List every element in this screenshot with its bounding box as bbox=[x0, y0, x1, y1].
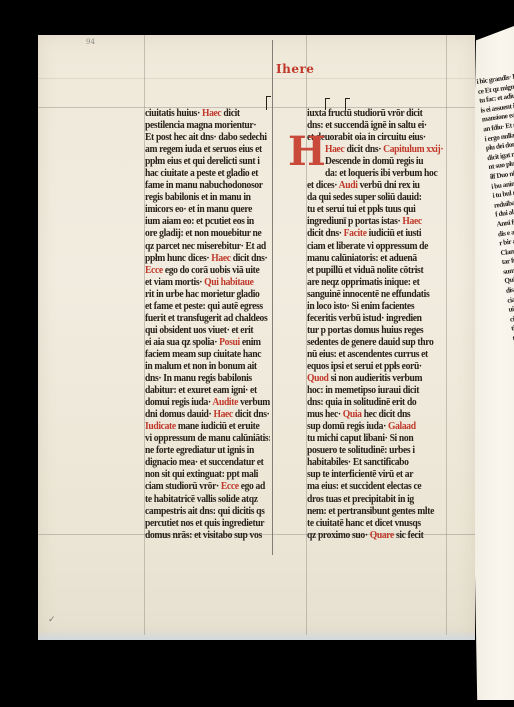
text-column-left: ciuitatis huius· Haec dicitpestilencia m… bbox=[145, 108, 270, 542]
running-head: Ihere bbox=[276, 62, 314, 76]
margin-check-mark: ✓ bbox=[48, 615, 56, 625]
text-line: dicit dns· Facite iudiciū et iusti bbox=[307, 228, 443, 241]
ruling-line-right-inner bbox=[446, 35, 447, 635]
text-line: qz parcet nec miserebitur· Et ad bbox=[145, 240, 270, 253]
text-line: te habitatricē vallis solide atqz bbox=[145, 493, 270, 506]
text-line: ore gladij: et non mouebitur ne bbox=[145, 228, 270, 241]
text-line: qz proximo suo· Quare sic fecit bbox=[307, 529, 443, 542]
text-line: domus nrās: et visitabo sup vos bbox=[145, 529, 270, 542]
text-line: ma eius: et succident electas ce bbox=[307, 481, 443, 494]
folio-mark: 94 bbox=[86, 38, 95, 46]
decorated-initial-h: H bbox=[288, 132, 326, 172]
text-column-right: iuxta fructū studiorū vrōr dicitdns: et … bbox=[307, 108, 443, 542]
ruling-line-left-inner bbox=[272, 40, 273, 555]
ruling-line-head bbox=[38, 78, 475, 79]
text-line: dros tuas et precipitabit in ig bbox=[307, 493, 443, 506]
text-line: ciam studiorū vrōr· Ecce ego ad bbox=[145, 481, 270, 494]
text-line: ciam et liberate vi oppressum de bbox=[307, 240, 443, 253]
